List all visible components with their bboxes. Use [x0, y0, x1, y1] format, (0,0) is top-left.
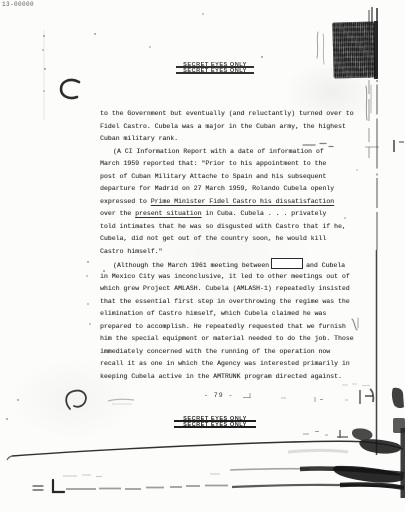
typed-line: him the special equipment or material ne… [100, 333, 366, 346]
typed-line: keeping Cubela active in the AMTRUNK pro… [100, 371, 366, 384]
underlined-text: Prime Minister Fidel Castro his dissatis… [151, 198, 334, 205]
equals-mark [33, 486, 43, 490]
text-segment: immediately concerned with the running o… [100, 348, 330, 355]
text-segment: over the [100, 210, 135, 217]
text-segment: (Although the March 1961 meeting between [113, 262, 269, 269]
text-segment: expressed to [100, 198, 151, 205]
declassification-strike-line [176, 72, 254, 74]
text-segment: prepared to accomplish. He repeatedly re… [100, 323, 346, 330]
text-segment: elimination of Castro himself, which Cub… [100, 310, 326, 317]
declassification-strike-line [174, 426, 256, 428]
routing-stamp-ink-block [332, 21, 375, 78]
typed-line: to the Government but eventually (and re… [100, 108, 366, 121]
text-segment: departure for Madrid on 27 March 1959, R… [100, 185, 334, 192]
text-segment: post of Cuban Military Attache to Spain … [100, 173, 326, 180]
typed-line: expressed to Prime Minister Fidel Castro… [100, 196, 366, 209]
declassification-strike-line [176, 66, 254, 68]
typed-line: Castro himself." [100, 246, 366, 259]
typed-line: recall it as one in which the Agency was… [100, 358, 366, 371]
typed-text: to the Government but eventually (and re… [100, 108, 366, 383]
typed-line: (A CI Information Report with a date of … [100, 146, 366, 159]
secret-stamp-bottom: SECRET EYES ONLY SECRET EYES ONLY [177, 416, 253, 428]
secret-stamp-top: SECRET EYES ONLY SECRET EYES ONLY [179, 62, 251, 74]
text-segment: in Cuba. Cubela . . . privately [201, 210, 326, 217]
scanned-document-page: 13-00000 SECRET EYES ONLY SECRET EYES ON… [0, 0, 405, 512]
text-segment: Cubela, did not get out of the country s… [100, 235, 326, 242]
typed-line: prepared to accomplish. He repeatedly re… [100, 321, 366, 334]
typed-line: (Although the March 1961 meeting between… [100, 258, 366, 271]
typed-line: immediately concerned with the running o… [100, 346, 366, 359]
scan-streaks [7, 384, 405, 498]
typed-line: in Mexico City was inconclusive, it led … [100, 271, 366, 284]
text-segment: which grew Project AMLASH. Cubela (AMLAS… [100, 285, 350, 292]
text-segment: (A CI Information Report with a date of … [113, 148, 324, 155]
text-segment: Castro himself." [100, 248, 162, 255]
page-number: - 79 - [204, 392, 233, 399]
redaction-box [271, 258, 303, 269]
text-segment: keeping Cubela active in the AMTRUNK pro… [100, 373, 342, 380]
typed-line: elimination of Castro himself, which Cub… [100, 308, 366, 321]
typed-line: which grew Project AMLASH. Cubela (AMLAS… [100, 283, 366, 296]
declassification-strike-line [174, 420, 256, 422]
typed-line: departure for Madrid on 27 March 1959, R… [100, 183, 366, 196]
text-segment: Fidel Castro. Cubela was a major in the … [100, 123, 346, 130]
handwritten-loop-mark [66, 391, 86, 409]
text-segment: Cuban military rank. [100, 135, 178, 142]
typed-line: that the essential first step in overthr… [100, 296, 366, 309]
typed-line: March 1959 reported that: "Prior to his … [100, 158, 366, 171]
underlined-text: present situation [135, 210, 201, 217]
handwritten-l-mark [53, 480, 64, 492]
typed-line: post of Cuban Military Attache to Spain … [100, 171, 366, 184]
text-segment: March 1959 reported that: "Prior to his … [100, 160, 326, 167]
document-release-number: 13-00000 [2, 1, 34, 8]
typed-line: Cubela, did not get out of the country s… [100, 233, 366, 246]
text-segment: to the Government but eventually (and re… [100, 110, 354, 117]
text-segment: and Cubela [306, 262, 345, 269]
text-segment: in Mexico City was inconclusive, it led … [100, 273, 350, 280]
typed-line: told intimates that he was so disgusted … [100, 221, 366, 234]
typed-line: Cuban military rank. [100, 133, 366, 146]
text-segment: recall it as one in which the Agency was… [100, 360, 350, 367]
text-segment: that the essential first step in overthr… [100, 298, 350, 305]
typed-line: over the present situation in Cuba. Cube… [100, 208, 366, 221]
text-segment: told intimates that he was so disgusted … [100, 223, 346, 230]
text-segment: him the special equipment or material ne… [100, 335, 354, 342]
routing-stamp-edge-bar [374, 21, 378, 79]
handwritten-c-mark [61, 80, 79, 98]
typed-line: Fidel Castro. Cubela was a major in the … [100, 121, 366, 134]
